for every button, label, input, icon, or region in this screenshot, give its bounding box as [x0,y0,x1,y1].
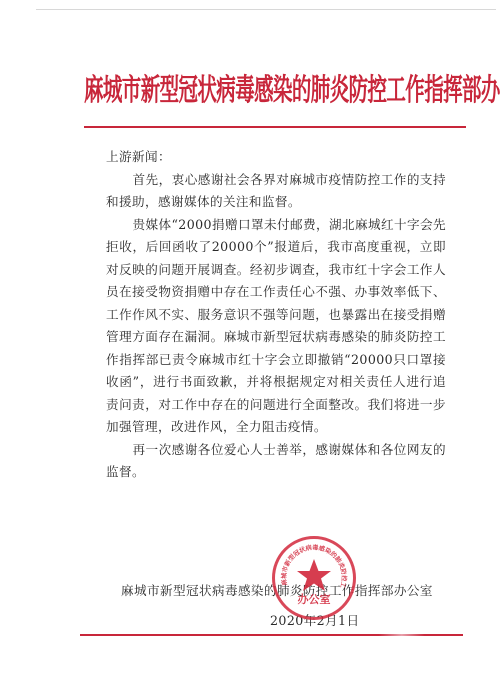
page-edge-line [36,9,496,10]
salutation: 上游新闻： [106,146,446,169]
letter-body: 上游新闻： 首先，衷心感谢社会各界对麻城市疫情防控工作的支持和援助，感谢媒体的关… [106,146,446,484]
seal-center-text: 办公室 [275,591,353,607]
paragraph-closing: 再一次感谢各位爱心人士善举，感谢媒体和各位网友的监督。 [106,439,446,484]
document-header-title: 麻城市新型冠状病毒感染的肺炎防控工作指挥部办公室 [84,66,466,109]
paragraph-thanks: 首先，衷心感谢社会各界对麻城市疫情防控工作的支持和援助，感谢媒体的关注和监督。 [106,169,446,214]
header-red-rule [84,126,466,128]
paragraph-investigation: 贵媒体“2000捐赠口罩未付邮费，湖北麻城红十字会先拒收，后回函收了20000个… [106,214,446,439]
footer-red-rule [80,634,463,636]
official-seal: 麻城市新型冠状病毒感染的肺炎防控工作指挥部 办公室 [272,536,356,620]
